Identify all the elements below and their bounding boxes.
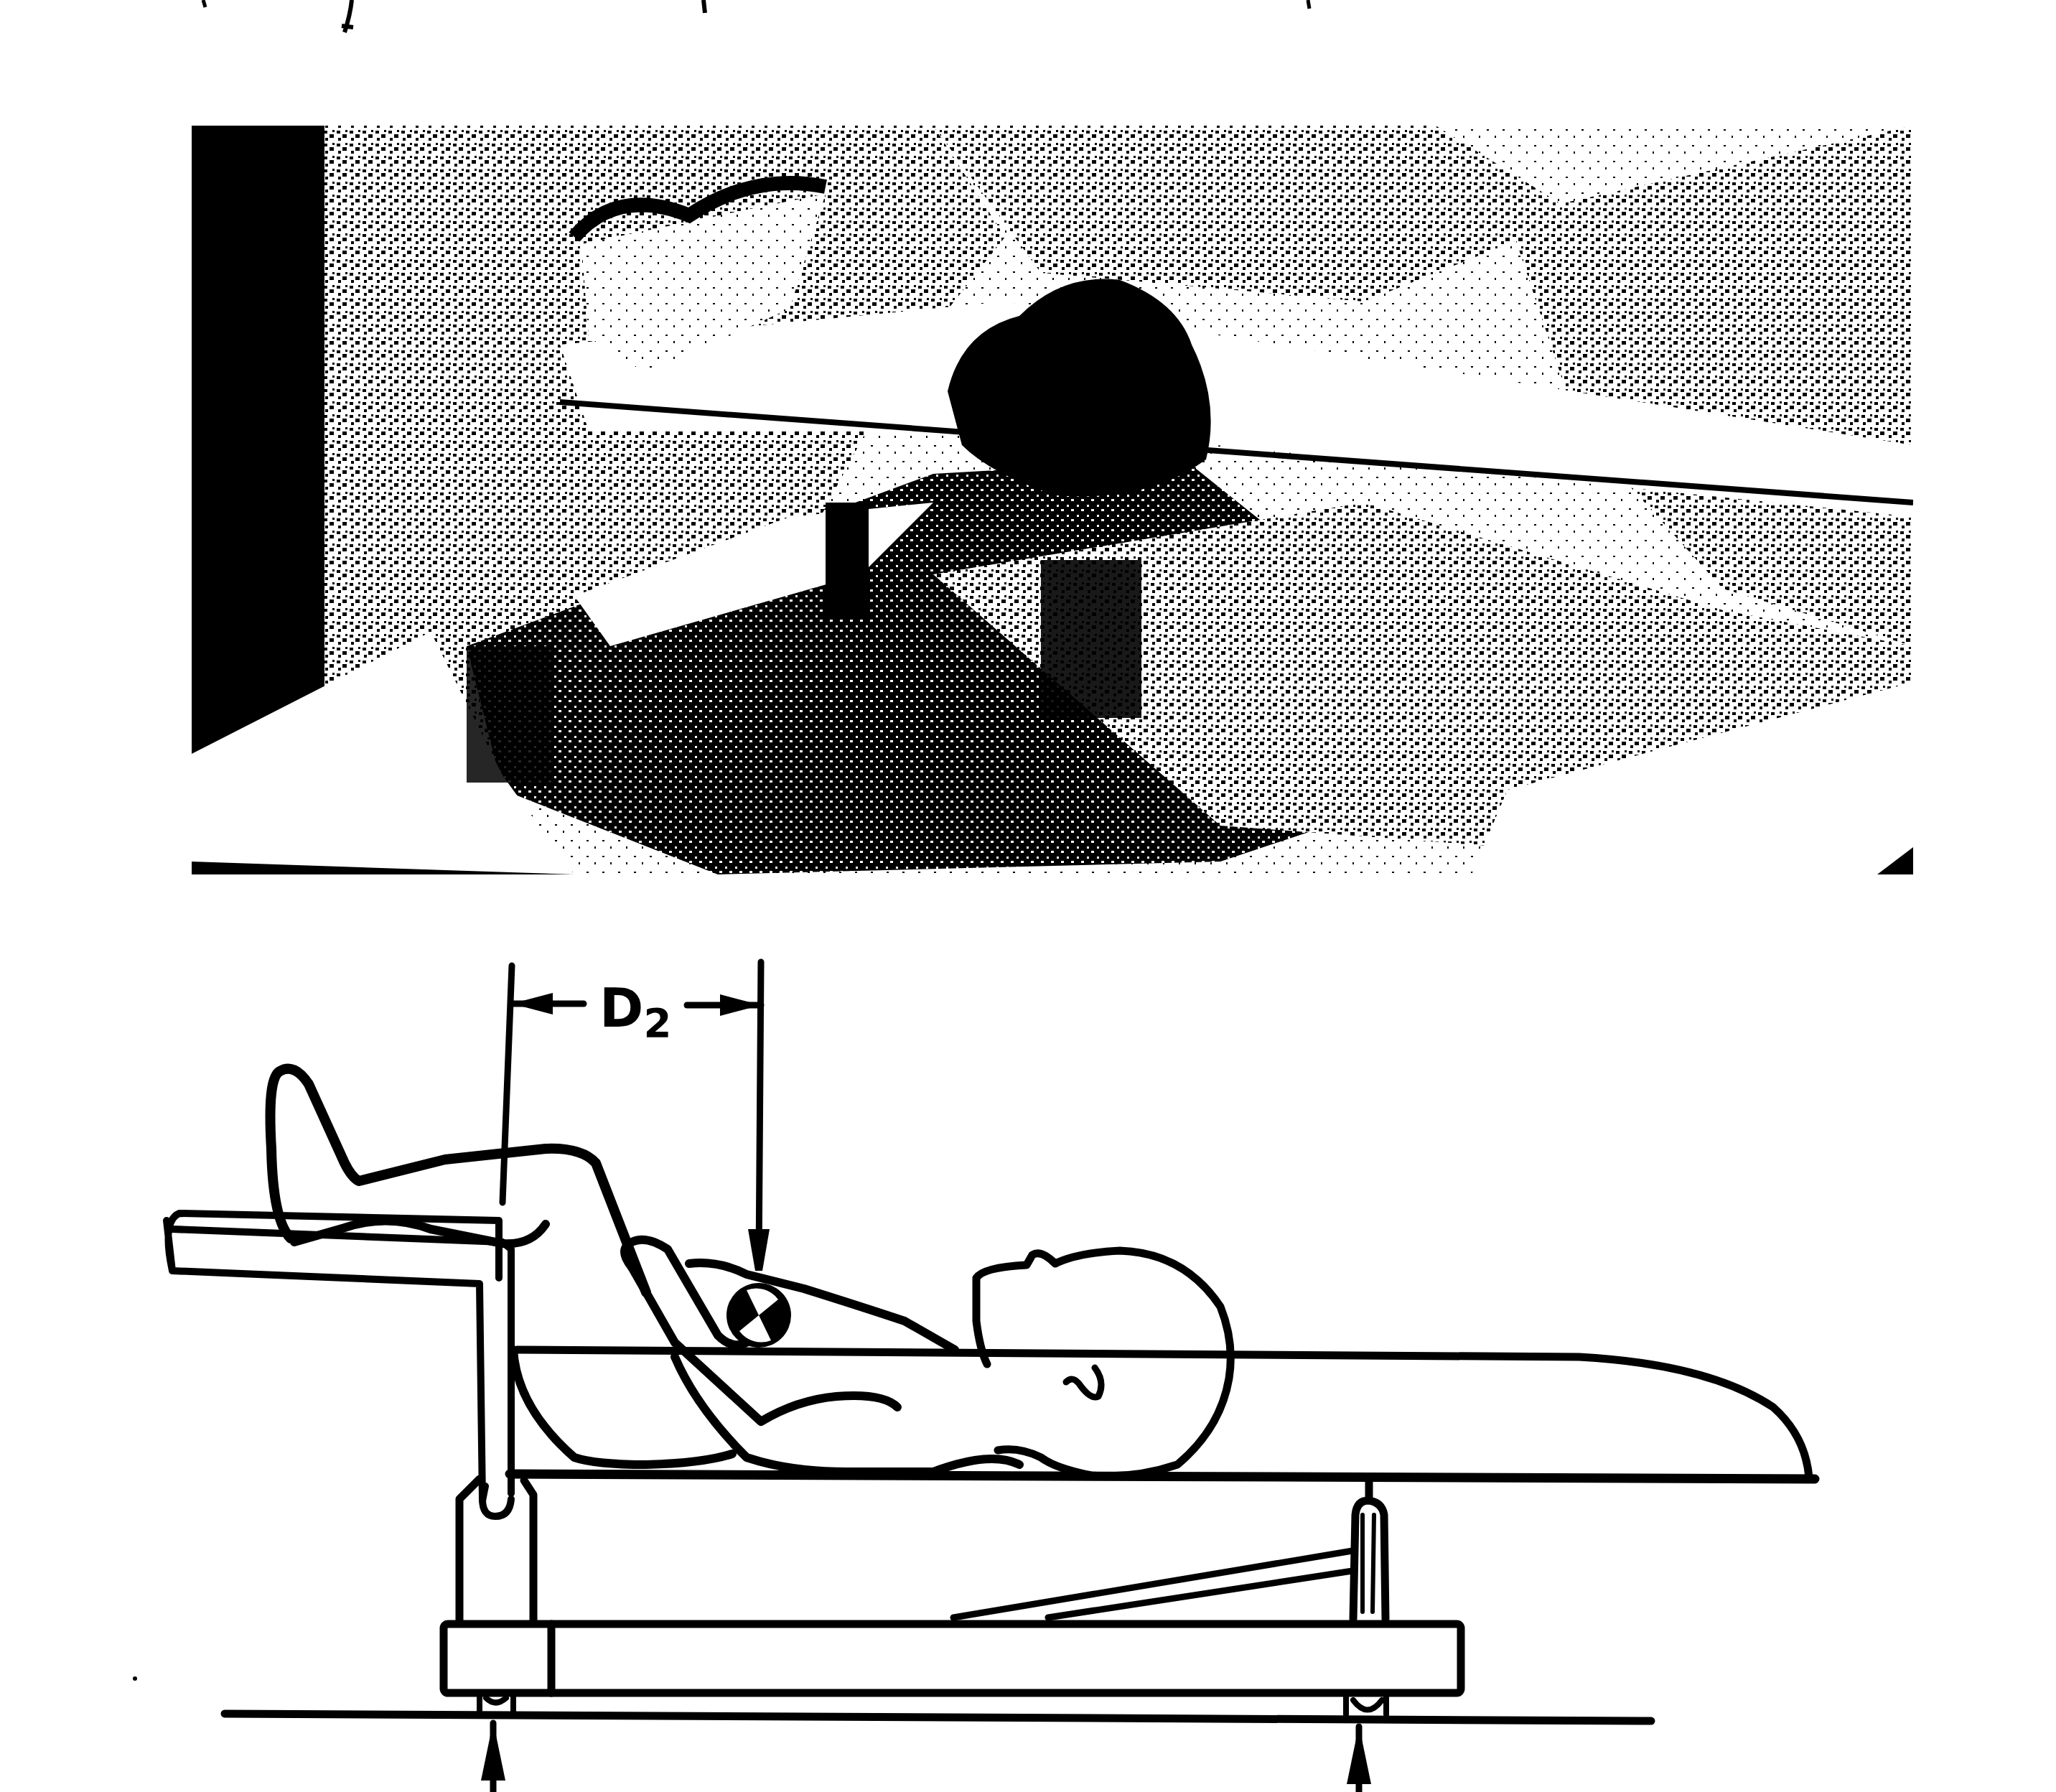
cut-off-caption-fragment (203, 0, 1309, 32)
foot-rest-platform (167, 1213, 499, 1501)
right-support-post (1353, 1480, 1386, 1619)
schematic-diagram: D2 (133, 962, 1815, 1792)
infant-head (976, 1251, 1230, 1476)
dimension-label: D2 (599, 978, 671, 1047)
base-frame (444, 1624, 1461, 1693)
left-support-post (459, 1479, 533, 1623)
infant-legs (271, 1069, 647, 1292)
speck (133, 1676, 137, 1681)
figure-canvas: D2 (0, 0, 2056, 1792)
ground-line (225, 1714, 1651, 1721)
center-of-gravity-marker (726, 1283, 791, 1348)
reaction-force-arrows (481, 1722, 1371, 1792)
diagonal-brace (953, 1551, 1352, 1618)
photograph (192, 126, 1913, 874)
measuring-board (510, 1474, 1815, 1479)
